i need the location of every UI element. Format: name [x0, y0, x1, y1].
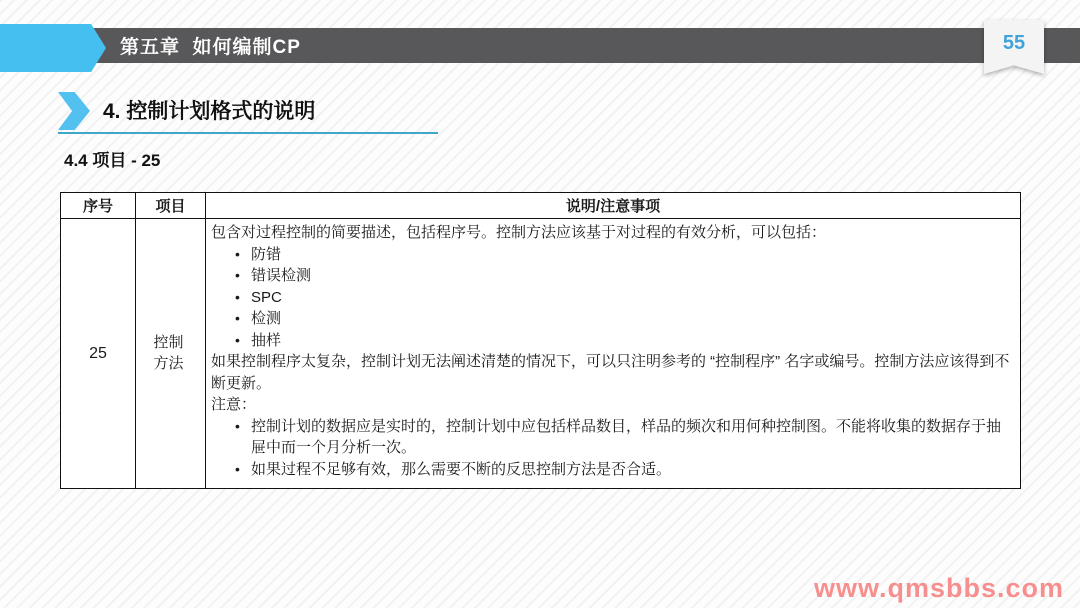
- cp-items-table: 序号 项目 说明/注意事项 25 控制方法 包含对过程控制的简要描述，包括程序号…: [60, 192, 1021, 489]
- page-ribbon-shape: 55: [984, 20, 1044, 74]
- list-item: 控制计划的数据应是实时的，控制计划中应包括样品数目，样品的频次和用何种控制图。不…: [235, 416, 1014, 459]
- desc-note-label: 注意：: [211, 394, 1014, 416]
- cell-description: 包含对过程控制的简要描述，包括程序号。控制方法应该基于对过程的有效分析，可以包括…: [206, 219, 1021, 489]
- list-item: 抽样: [235, 330, 1014, 352]
- watermark-url: www.qmsbbs.com: [814, 573, 1064, 604]
- section-subheading: 4.4 项目 - 25: [64, 146, 160, 171]
- column-header-description: 说明/注意事项: [206, 193, 1021, 219]
- method-list: 防错 错误检测 SPC 检测 抽样: [211, 244, 1014, 352]
- list-item: 如果过程不足够有效，那么需要不断的反思控制方法是否合适。: [235, 459, 1014, 481]
- slide: 第五章 如何编制CP 55 4. 控制计划格式的说明 4.4 项目 - 25 序…: [0, 0, 1080, 608]
- column-header-item: 项目: [136, 193, 206, 219]
- section-heading: 4. 控制计划格式的说明: [103, 95, 315, 125]
- item-text: 控制方法: [154, 333, 188, 374]
- page-ribbon: 55: [984, 20, 1044, 74]
- chapter-arrow-shape: [0, 24, 106, 72]
- list-item: SPC: [235, 287, 1014, 309]
- note-list: 控制计划的数据应是实时的，控制计划中应包括样品数目，样品的频次和用何种控制图。不…: [211, 416, 1014, 481]
- column-header-no: 序号: [61, 193, 136, 219]
- desc-intro: 包含对过程控制的简要描述，包括程序号。控制方法应该基于对过程的有效分析，可以包括…: [211, 222, 1014, 244]
- table-row: 25 控制方法 包含对过程控制的简要描述，包括程序号。控制方法应该基于对过程的有…: [61, 219, 1021, 489]
- chevron-right-icon: [58, 92, 90, 130]
- section-underline: [58, 132, 438, 134]
- list-item: 检测: [235, 308, 1014, 330]
- list-item: 错误检测: [235, 265, 1014, 287]
- chapter-header-bar: 第五章 如何编制CP: [0, 28, 1080, 63]
- page-number: 55: [1003, 32, 1025, 55]
- table-header-row: 序号 项目 说明/注意事项: [61, 193, 1021, 219]
- cell-no: 25: [61, 219, 136, 489]
- desc-paragraph: 如果控制程序太复杂，控制计划无法阐述清楚的情况下，可以只注明参考的 “控制程序”…: [211, 351, 1014, 394]
- list-item: 防错: [235, 244, 1014, 266]
- cell-item: 控制方法: [136, 219, 206, 489]
